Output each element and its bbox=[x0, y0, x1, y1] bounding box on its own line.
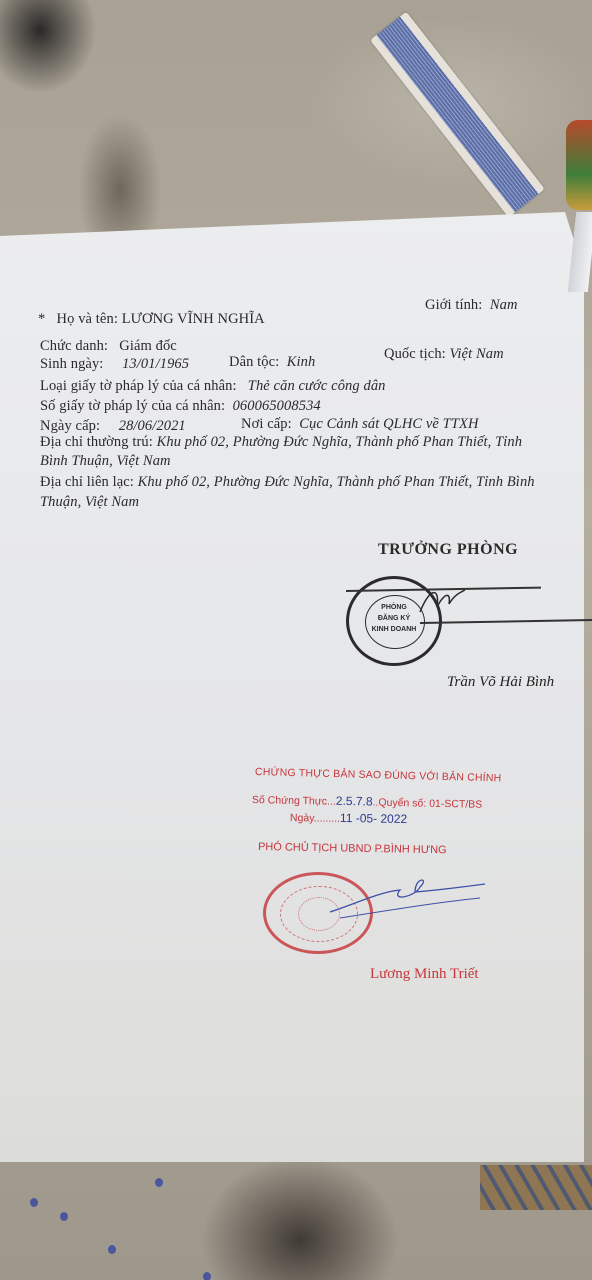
title-label: Chức danh: bbox=[40, 338, 108, 354]
certifier-signature-icon bbox=[320, 872, 490, 922]
id-number-value: 060065008534 bbox=[233, 398, 321, 414]
id-number-row: Số giấy tờ pháp lý của cá nhân: 06006500… bbox=[40, 398, 321, 415]
id-type-label: Loại giấy tờ pháp lý của cá nhân: bbox=[40, 378, 237, 394]
certification-title: CHỨNG THỰC BẢN SAO ĐÚNG VỚI BẢN CHÍNH bbox=[255, 766, 502, 784]
issue-date-label: Ngày cấp: bbox=[40, 418, 100, 434]
certifier-role: PHÓ CHỦ TỊCH UBND P.BÌNH HƯNG bbox=[258, 841, 447, 856]
bullet: * bbox=[38, 311, 45, 327]
issue-place-value: Cục Cảnh sát QLHC về TTXH bbox=[299, 416, 478, 432]
nationality-label: Quốc tịch: bbox=[384, 346, 446, 362]
nationality-value: Việt Nam bbox=[450, 346, 504, 362]
certification-number-value: 2.5.7.8 bbox=[336, 794, 373, 809]
certification-date-label: Ngày......... bbox=[290, 812, 340, 825]
permanent-address-label: Địa chỉ thường trú: bbox=[40, 434, 153, 450]
title-row: Chức danh: Giám đốc bbox=[40, 338, 177, 355]
certification-date-value: 11 -05- 2022 bbox=[340, 811, 407, 826]
certification-number-label: Số Chứng Thực... bbox=[252, 794, 336, 808]
certification-book: ..Quyển số: 01-SCT/BS bbox=[372, 797, 482, 811]
dob-label: Sinh ngày: bbox=[40, 356, 103, 372]
issue-place-row: Nơi cấp: Cục Cảnh sát QLHC về TTXH bbox=[241, 416, 479, 433]
name-row: * Họ và tên: LƯƠNG VĨNH NGHĨA bbox=[38, 311, 265, 328]
id-type-row: Loại giấy tờ pháp lý của cá nhân: Thẻ că… bbox=[40, 378, 386, 395]
name-label: Họ và tên: bbox=[57, 311, 118, 327]
issue-date-row: Ngày cấp: 28/06/2021 bbox=[40, 418, 186, 435]
contact-address-line1: Khu phố 02, Phường Đức Nghĩa, Thành phố … bbox=[138, 474, 535, 490]
stamp-line-3: KINH DOANH bbox=[349, 626, 439, 633]
certification-date-row: Ngày.........11 -05- 2022 bbox=[290, 810, 407, 826]
ethnicity-row: Dân tộc: Kinh bbox=[229, 354, 315, 371]
name-value: LƯƠNG VĨNH NGHĨA bbox=[122, 311, 265, 327]
ethnicity-value: Kinh bbox=[287, 354, 316, 370]
title-value: Giám đốc bbox=[119, 338, 177, 354]
gender-value: Nam bbox=[490, 297, 518, 313]
signer-name: Trần Võ Hải Bình bbox=[447, 674, 554, 691]
contact-address-line2: Thuận, Việt Nam bbox=[40, 494, 139, 511]
id-type-value: Thẻ căn cước công dân bbox=[248, 378, 386, 394]
dob-row: Sinh ngày: 13/01/1965 bbox=[40, 356, 189, 373]
ethnicity-label: Dân tộc: bbox=[229, 354, 279, 370]
certifier-name: Lương Minh Triết bbox=[370, 966, 479, 983]
gender-label: Giới tính: bbox=[425, 297, 482, 313]
permanent-address-line1: Khu phố 02, Phường Đức Nghĩa, Thành phố … bbox=[157, 434, 523, 450]
contact-address-label: Địa chỉ liên lạc: bbox=[40, 474, 134, 490]
signature-icon bbox=[415, 582, 475, 622]
dob-value: 13/01/1965 bbox=[122, 356, 189, 372]
certification-number-row: Số Chứng Thực...2.5.7.8..Quyển số: 01-SC… bbox=[252, 792, 483, 811]
document-content: * Họ và tên: LƯƠNG VĨNH NGHĨA Giới tính:… bbox=[0, 0, 592, 1280]
gender-row: Giới tính: Nam bbox=[425, 297, 518, 314]
signatory-title: TRƯỞNG PHÒNG bbox=[378, 541, 518, 559]
issue-date-value: 28/06/2021 bbox=[119, 418, 186, 434]
permanent-address-line2: Bình Thuận, Việt Nam bbox=[40, 453, 171, 470]
id-number-label: Số giấy tờ pháp lý của cá nhân: bbox=[40, 398, 225, 414]
permanent-address-row: Địa chỉ thường trú: Khu phố 02, Phường Đ… bbox=[40, 434, 522, 451]
nationality-row: Quốc tịch: Việt Nam bbox=[384, 346, 504, 363]
issue-place-label: Nơi cấp: bbox=[241, 416, 292, 432]
contact-address-row: Địa chỉ liên lạc: Khu phố 02, Phường Đức… bbox=[40, 474, 535, 491]
